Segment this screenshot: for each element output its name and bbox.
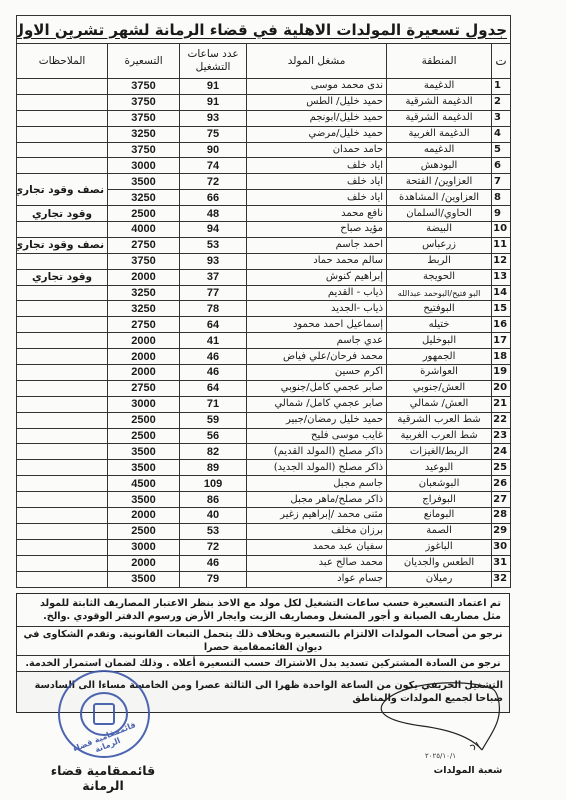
row-hours: 64 bbox=[180, 317, 247, 333]
row-price: 3750 bbox=[108, 253, 180, 269]
row-index: 15 bbox=[492, 301, 511, 317]
row-notes bbox=[17, 158, 108, 174]
table-row: 25البوعيدذاكر مصلح (المولد الجديد)893500 bbox=[17, 460, 511, 476]
row-notes bbox=[17, 396, 108, 412]
header-hours: عدد ساعات التشغيل bbox=[180, 44, 247, 79]
row-hours: 41 bbox=[180, 333, 247, 349]
row-notes: نصف وقود تجاري bbox=[17, 237, 108, 253]
row-notes bbox=[17, 539, 108, 555]
row-hours: 59 bbox=[180, 412, 247, 428]
title-text: جدول تسعيرة المولدات الاهلية في قضاء الر… bbox=[17, 21, 508, 39]
row-index: 21 bbox=[492, 396, 511, 412]
row-notes bbox=[17, 110, 108, 126]
row-operator: مؤيد صباح bbox=[247, 222, 387, 238]
row-operator: حامد حمدان bbox=[247, 142, 387, 158]
row-operator: حميد خليل/ابونجم bbox=[247, 110, 387, 126]
row-price: 2000 bbox=[108, 269, 180, 285]
row-notes bbox=[17, 126, 108, 142]
table-row: 22شط العرب الشرقيةحميد خليل رمضان/جبير59… bbox=[17, 412, 511, 428]
table-row: 11زرعباساحمد جاسم532750نصف وقود تجاري bbox=[17, 237, 511, 253]
table-row: 29الصمةبرزان مخلف532500 bbox=[17, 523, 511, 539]
row-area: الطعس والجديان bbox=[387, 555, 492, 571]
row-notes: وقود تجاري bbox=[17, 269, 108, 285]
table-row: 20العش/جنوبيصابر عجمي كامل/جنوبي642750 bbox=[17, 380, 511, 396]
row-hours: 82 bbox=[180, 444, 247, 460]
row-price: 4000 bbox=[108, 222, 180, 238]
row-operator: ندى محمد موسى bbox=[247, 79, 387, 95]
row-notes bbox=[17, 476, 108, 492]
row-notes bbox=[17, 508, 108, 524]
row-area: رميلان bbox=[387, 571, 492, 587]
row-hours: 90 bbox=[180, 142, 247, 158]
row-operator: احمد جاسم bbox=[247, 237, 387, 253]
row-index: 19 bbox=[492, 365, 511, 381]
row-notes: نصف وقود تجاري bbox=[17, 174, 108, 206]
row-price: 3500 bbox=[108, 492, 180, 508]
row-price: 3250 bbox=[108, 190, 180, 206]
row-price: 3750 bbox=[108, 142, 180, 158]
row-price: 3000 bbox=[108, 158, 180, 174]
row-price: 2750 bbox=[108, 317, 180, 333]
row-index: 20 bbox=[492, 380, 511, 396]
row-hours: 66 bbox=[180, 190, 247, 206]
row-operator: إبراهيم كنوش bbox=[247, 269, 387, 285]
row-area: الدغيمة bbox=[387, 79, 492, 95]
table-row: 4الدغيمة الغربيةحميد خليل/مرضي753250 bbox=[17, 126, 511, 142]
row-area: الصمة bbox=[387, 523, 492, 539]
row-notes bbox=[17, 492, 108, 508]
row-area: الربط/الغيزات bbox=[387, 444, 492, 460]
row-operator: حميد خليل رمضان/جبير bbox=[247, 412, 387, 428]
row-hours: 46 bbox=[180, 349, 247, 365]
row-operator: إسماعيل احمد محمود bbox=[247, 317, 387, 333]
table-row: 16ختيلهإسماعيل احمد محمود642750 bbox=[17, 317, 511, 333]
row-hours: 53 bbox=[180, 237, 247, 253]
row-area: الدغيمه bbox=[387, 142, 492, 158]
row-hours: 37 bbox=[180, 269, 247, 285]
row-notes bbox=[17, 301, 108, 317]
row-notes bbox=[17, 460, 108, 476]
note-pricing-basis: تم اعتماد التسعيرة حسب ساعات التشغيل لكل… bbox=[17, 594, 509, 627]
note-owner-compliance: نرجو من أصحاب المولدات الالتزام بالتسعير… bbox=[17, 627, 509, 656]
row-notes: وقود تجاري bbox=[17, 206, 108, 222]
row-hours: 94 bbox=[180, 222, 247, 238]
row-price: 2000 bbox=[108, 508, 180, 524]
row-operator: عدي جاسم bbox=[247, 333, 387, 349]
row-index: 6 bbox=[492, 158, 511, 174]
row-index: 9 bbox=[492, 206, 511, 222]
row-operator: ذاكر مصلح/ماهر مجبل bbox=[247, 492, 387, 508]
row-notes bbox=[17, 571, 108, 587]
row-area: البوشعبان bbox=[387, 476, 492, 492]
table-row: 17البوخليلعدي جاسم412000 bbox=[17, 333, 511, 349]
row-notes bbox=[17, 349, 108, 365]
column-headers: ت المنطقة مشغل المولد عدد ساعات التشغيل … bbox=[17, 44, 511, 79]
row-index: 12 bbox=[492, 253, 511, 269]
row-hours: 79 bbox=[180, 571, 247, 587]
row-price: 2000 bbox=[108, 349, 180, 365]
row-operator: ذاكر مصلح (المولد الجديد) bbox=[247, 460, 387, 476]
table-row: 23شط العرب الغربيةغايب موسى فليح562500 bbox=[17, 428, 511, 444]
row-hours: 46 bbox=[180, 365, 247, 381]
row-area: الجمهور bbox=[387, 349, 492, 365]
row-area: زرعباس bbox=[387, 237, 492, 253]
row-price: 2000 bbox=[108, 555, 180, 571]
row-hours: 72 bbox=[180, 174, 247, 190]
row-index: 17 bbox=[492, 333, 511, 349]
row-area: ختيله bbox=[387, 317, 492, 333]
row-price: 3750 bbox=[108, 110, 180, 126]
row-index: 8 bbox=[492, 190, 511, 206]
row-operator: نافع محمد bbox=[247, 206, 387, 222]
row-index: 5 bbox=[492, 142, 511, 158]
row-notes bbox=[17, 253, 108, 269]
row-area: الحويجة bbox=[387, 269, 492, 285]
pricing-table: جدول تسعيرة المولدات الاهلية في قضاء الر… bbox=[16, 15, 511, 588]
row-hours: 48 bbox=[180, 206, 247, 222]
row-hours: 71 bbox=[180, 396, 247, 412]
row-operator: جسام عواد bbox=[247, 571, 387, 587]
row-hours: 56 bbox=[180, 428, 247, 444]
table-row: 13الحويجةإبراهيم كنوش372000وقود تجاري bbox=[17, 269, 511, 285]
row-operator: حميد خليل/مرضي bbox=[247, 126, 387, 142]
issuing-authority: قائممقامية قضاء الرمانة bbox=[38, 763, 168, 793]
row-hours: 75 bbox=[180, 126, 247, 142]
row-operator: جاسم مجبل bbox=[247, 476, 387, 492]
row-operator: برزان مخلف bbox=[247, 523, 387, 539]
row-operator: اياد خلف bbox=[247, 174, 387, 190]
row-index: 13 bbox=[492, 269, 511, 285]
row-hours: 46 bbox=[180, 555, 247, 571]
row-price: 3500 bbox=[108, 460, 180, 476]
row-notes bbox=[17, 412, 108, 428]
row-notes bbox=[17, 428, 108, 444]
row-operator: سفيان عبد محمد bbox=[247, 539, 387, 555]
row-price: 2500 bbox=[108, 523, 180, 539]
department-label: شعبة المولدات bbox=[428, 765, 508, 776]
row-index: 1 bbox=[492, 79, 511, 95]
row-area: البوخليل bbox=[387, 333, 492, 349]
table-row: 9الحاوي/السلماننافع محمد482500وقود تجاري bbox=[17, 206, 511, 222]
row-notes bbox=[17, 142, 108, 158]
row-hours: 74 bbox=[180, 158, 247, 174]
row-operator: اكرم حسين bbox=[247, 365, 387, 381]
row-price: 3000 bbox=[108, 539, 180, 555]
row-index: 2 bbox=[492, 94, 511, 110]
row-hours: 77 bbox=[180, 285, 247, 301]
table-row: 2الدغيمة الشرقيةحميد خليل/ الطس913750 bbox=[17, 94, 511, 110]
row-operator: حميد خليل/ الطس bbox=[247, 94, 387, 110]
row-index: 7 bbox=[492, 174, 511, 190]
row-notes bbox=[17, 222, 108, 238]
table-row: 10البيضةمؤيد صباح944000 bbox=[17, 222, 511, 238]
table-row: 19العواشرةاكرم حسين462000 bbox=[17, 365, 511, 381]
table-row: 5الدغيمهحامد حمدان903750 bbox=[17, 142, 511, 158]
row-area: البيضة bbox=[387, 222, 492, 238]
row-index: 14 bbox=[492, 285, 511, 301]
table-title: جدول تسعيرة المولدات الاهلية في قضاء الر… bbox=[17, 16, 511, 44]
table-row: 7العزاوين/ الفتحةاياد خلف723500نصف وقود … bbox=[17, 174, 511, 190]
row-price: 4500 bbox=[108, 476, 180, 492]
row-index: 27 bbox=[492, 492, 511, 508]
row-hours: 93 bbox=[180, 253, 247, 269]
row-price: 3750 bbox=[108, 79, 180, 95]
row-index: 32 bbox=[492, 571, 511, 587]
row-index: 22 bbox=[492, 412, 511, 428]
row-area: الدغيمة الشرقية bbox=[387, 94, 492, 110]
row-price: 3500 bbox=[108, 571, 180, 587]
row-price: 3500 bbox=[108, 174, 180, 190]
row-operator: ذياب - القديم bbox=[247, 285, 387, 301]
row-area: الدغيمة الشرقية bbox=[387, 110, 492, 126]
row-notes bbox=[17, 365, 108, 381]
row-hours: 86 bbox=[180, 492, 247, 508]
row-index: 31 bbox=[492, 555, 511, 571]
row-price: 3250 bbox=[108, 301, 180, 317]
row-area: البودهش bbox=[387, 158, 492, 174]
row-area: شط العرب الغربية bbox=[387, 428, 492, 444]
table-row: 24الربط/الغيزاتذاكر مصلح (المولد القديم)… bbox=[17, 444, 511, 460]
table-row: 26البوشعبانجاسم مجبل1094500 bbox=[17, 476, 511, 492]
row-index: 3 bbox=[492, 110, 511, 126]
table-row: 6البودهشاياد خلف743000 bbox=[17, 158, 511, 174]
table-row: 3الدغيمة الشرقيةحميد خليل/ابونجم933750 bbox=[17, 110, 511, 126]
row-area: البوفتيح bbox=[387, 301, 492, 317]
row-operator: مثنى محمد /إبراهيم زغير bbox=[247, 508, 387, 524]
row-notes bbox=[17, 79, 108, 95]
row-hours: 89 bbox=[180, 460, 247, 476]
table-row: 31الطعس والجديانمحمد صالح عبد462000 bbox=[17, 555, 511, 571]
row-index: 18 bbox=[492, 349, 511, 365]
row-operator: صابر عجمي كامل/ شمالي bbox=[247, 396, 387, 412]
header-operator: مشغل المولد bbox=[247, 44, 387, 79]
table-row: 14البو فتيح/البوحمد عبداللهذياب - القديم… bbox=[17, 285, 511, 301]
header-area: المنطقة bbox=[387, 44, 492, 79]
row-hours: 72 bbox=[180, 539, 247, 555]
row-index: 28 bbox=[492, 508, 511, 524]
row-area: الدغيمة الغربية bbox=[387, 126, 492, 142]
row-operator: صابر عجمي كامل/جنوبي bbox=[247, 380, 387, 396]
row-area: الباغوز bbox=[387, 539, 492, 555]
table-row: 18الجمهورمحمد فرحان/علي فياض462000 bbox=[17, 349, 511, 365]
row-hours: 109 bbox=[180, 476, 247, 492]
table-row: 21العش/ شماليصابر عجمي كامل/ شمالي713000 bbox=[17, 396, 511, 412]
document-page: جدول تسعيرة المولدات الاهلية في قضاء الر… bbox=[0, 0, 566, 800]
row-price: 3000 bbox=[108, 396, 180, 412]
table-row: 12الربطسالم محمد حماد933750 bbox=[17, 253, 511, 269]
row-notes bbox=[17, 380, 108, 396]
row-operator: اياد خلف bbox=[247, 190, 387, 206]
header-index: ت bbox=[492, 44, 511, 79]
row-notes bbox=[17, 523, 108, 539]
row-notes bbox=[17, 444, 108, 460]
row-price: 2500 bbox=[108, 206, 180, 222]
row-index: 29 bbox=[492, 523, 511, 539]
row-area: العزاوين/ الفتحة bbox=[387, 174, 492, 190]
row-index: 26 bbox=[492, 476, 511, 492]
row-area: البوعيد bbox=[387, 460, 492, 476]
row-notes bbox=[17, 333, 108, 349]
row-area: البوفراج bbox=[387, 492, 492, 508]
row-index: 4 bbox=[492, 126, 511, 142]
row-index: 30 bbox=[492, 539, 511, 555]
row-price: 2750 bbox=[108, 380, 180, 396]
official-stamp-icon: قائممقامية قضاء الرمانة bbox=[58, 670, 150, 758]
row-area: الربط bbox=[387, 253, 492, 269]
row-operator: ذاكر مصلح (المولد القديم) bbox=[247, 444, 387, 460]
row-price: 3250 bbox=[108, 126, 180, 142]
row-price: 2750 bbox=[108, 237, 180, 253]
row-hours: 40 bbox=[180, 508, 247, 524]
row-operator: محمد فرحان/علي فياض bbox=[247, 349, 387, 365]
row-hours: 91 bbox=[180, 94, 247, 110]
row-area: البو فتيح/البوحمد عبدالله bbox=[387, 285, 492, 301]
row-area: العزاوين/ المشاهدة bbox=[387, 190, 492, 206]
row-hours: 91 bbox=[180, 79, 247, 95]
row-index: 23 bbox=[492, 428, 511, 444]
note-subscriber-payment: نرجو من السادة المشتركين تسديد بدل الاشت… bbox=[17, 656, 509, 672]
row-area: الحاوي/السلمان bbox=[387, 206, 492, 222]
row-price: 3500 bbox=[108, 444, 180, 460]
row-operator: ذياب -الجديد bbox=[247, 301, 387, 317]
row-price: 2500 bbox=[108, 412, 180, 428]
row-index: 16 bbox=[492, 317, 511, 333]
row-index: 10 bbox=[492, 222, 511, 238]
row-area: العش/ شمالي bbox=[387, 396, 492, 412]
row-price: 3750 bbox=[108, 94, 180, 110]
row-notes bbox=[17, 94, 108, 110]
row-price: 2000 bbox=[108, 333, 180, 349]
row-price: 3250 bbox=[108, 285, 180, 301]
row-operator: محمد صالح عبد bbox=[247, 555, 387, 571]
row-hours: 78 bbox=[180, 301, 247, 317]
header-notes: الملاحظات bbox=[17, 44, 108, 79]
row-price: 2500 bbox=[108, 428, 180, 444]
table-row: 28البومانعمثنى محمد /إبراهيم زغير402000 bbox=[17, 508, 511, 524]
row-index: 11 bbox=[492, 237, 511, 253]
row-notes bbox=[17, 555, 108, 571]
table-row: 32رميلانجسام عواد793500 bbox=[17, 571, 511, 587]
row-area: العش/جنوبي bbox=[387, 380, 492, 396]
row-hours: 64 bbox=[180, 380, 247, 396]
eagle-emblem-icon bbox=[93, 703, 115, 725]
table-row: 1الدغيمةندى محمد موسى913750 bbox=[17, 79, 511, 95]
table-row: 15البوفتيحذياب -الجديد783250 bbox=[17, 301, 511, 317]
row-operator: غايب موسى فليح bbox=[247, 428, 387, 444]
row-operator: سالم محمد حماد bbox=[247, 253, 387, 269]
table-body: 1الدغيمةندى محمد موسى9137502الدغيمة الشر… bbox=[17, 79, 511, 588]
row-notes bbox=[17, 317, 108, 333]
row-operator: اياد خلف bbox=[247, 158, 387, 174]
row-index: 24 bbox=[492, 444, 511, 460]
signature-date: ٢٠٢٥/١٠/١ bbox=[425, 752, 456, 760]
row-area: البومانع bbox=[387, 508, 492, 524]
row-area: شط العرب الشرقية bbox=[387, 412, 492, 428]
row-price: 2000 bbox=[108, 365, 180, 381]
table-row: 27البوفراجذاكر مصلح/ماهر مجبل863500 bbox=[17, 492, 511, 508]
row-hours: 53 bbox=[180, 523, 247, 539]
row-area: العواشرة bbox=[387, 365, 492, 381]
signature-icon bbox=[372, 680, 507, 755]
row-hours: 93 bbox=[180, 110, 247, 126]
header-price: التسعيرة bbox=[108, 44, 180, 79]
table-row: 30الباغوزسفيان عبد محمد723000 bbox=[17, 539, 511, 555]
row-notes bbox=[17, 285, 108, 301]
row-index: 25 bbox=[492, 460, 511, 476]
